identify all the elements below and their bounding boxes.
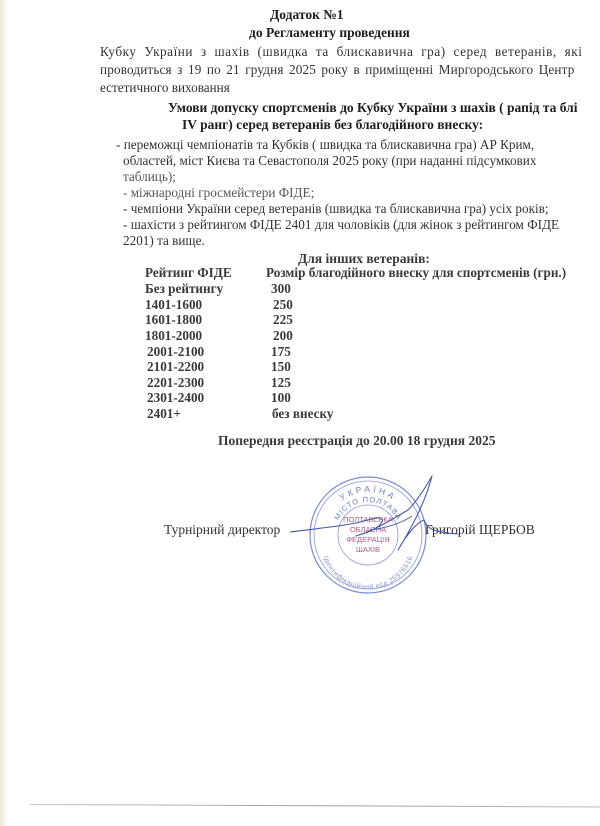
condition-item: - міжнародні гросмейстери ФІДЕ; [123,185,314,202]
fee-amount: 225 [273,312,293,328]
registration-note: Попередня реєстрація до 20.00 18 грудня … [218,433,495,449]
page-bottom-edge-line [30,804,600,807]
fees-table-row: 1401-1600250 [0,297,600,313]
fee-amount: 100 [271,390,291,406]
rating-range: 2101-2200 [147,359,204,375]
intro-line: Кубку України з шахів (швидка та блискав… [100,44,582,61]
fees-table-row: 1801-2000200 [0,328,600,344]
column-header-fee: Розмір благодійного внеску для спортсмен… [266,265,566,281]
fees-table-row: 2201-2300125 [0,375,600,391]
rating-range: Без рейтингу [145,281,223,297]
condition-item: - чемпіони України серед ветеранів (швид… [123,201,549,218]
conditions-heading: Умови допуску спортсменів до Кубку Украї… [168,100,578,116]
document-title: Додаток №1 [270,7,344,23]
conditions-heading-cont: IV ранг) серед ветеранів без благодійног… [182,117,483,133]
fees-table-row: 2401+без внеску [0,406,600,422]
fees-table-row: 2101-2200150 [0,359,600,375]
intro-line: естетичного виховання [100,80,230,97]
rating-range: 1601-1800 [145,312,202,328]
fee-amount: без внеску [272,406,333,422]
document-subtitle: до Регламенту проведення [249,25,410,41]
fees-table-row: Без рейтингу300 [0,281,600,297]
fees-table-row: 2001-2100175 [0,344,600,360]
fees-table-row: 2301-2400100 [0,390,600,406]
handwritten-signature [290,470,460,580]
rating-range: 2001-2100 [147,344,204,360]
condition-item-cont: областей, міст Києва та Севастополя 2025… [123,153,536,170]
fee-amount: 125 [271,375,291,391]
rating-range: 1401-1600 [145,297,202,313]
condition-item: - шахісти з рейтингом ФІДЕ 2401 для чоло… [123,217,559,234]
fee-amount: 300 [271,281,291,297]
fee-amount: 250 [273,297,293,313]
column-header-rating: Рейтинг ФІДЕ [145,265,232,281]
rating-range: 2301-2400 [147,390,204,406]
fee-amount: 175 [271,344,291,360]
rating-range: 1801-2000 [145,328,202,344]
fees-table-header: Рейтинг ФІДЕ Розмір благодійного внеску … [0,265,600,281]
fees-table-row: 1601-1800225 [0,312,600,328]
intro-line: проводиться з 19 по 21 грудня 2025 року … [100,62,574,79]
condition-item-cont: таблиць); [123,169,176,186]
condition-item-cont: 2201) та вище. [123,233,205,250]
rating-range: 2401+ [147,406,181,422]
signatory-role: Турнірний директор [164,522,280,539]
fee-amount: 150 [271,359,291,375]
rating-range: 2201-2300 [147,375,204,391]
condition-item: - переможці чемпіонатів та Кубків ( швид… [116,137,534,154]
fee-amount: 200 [273,328,293,344]
